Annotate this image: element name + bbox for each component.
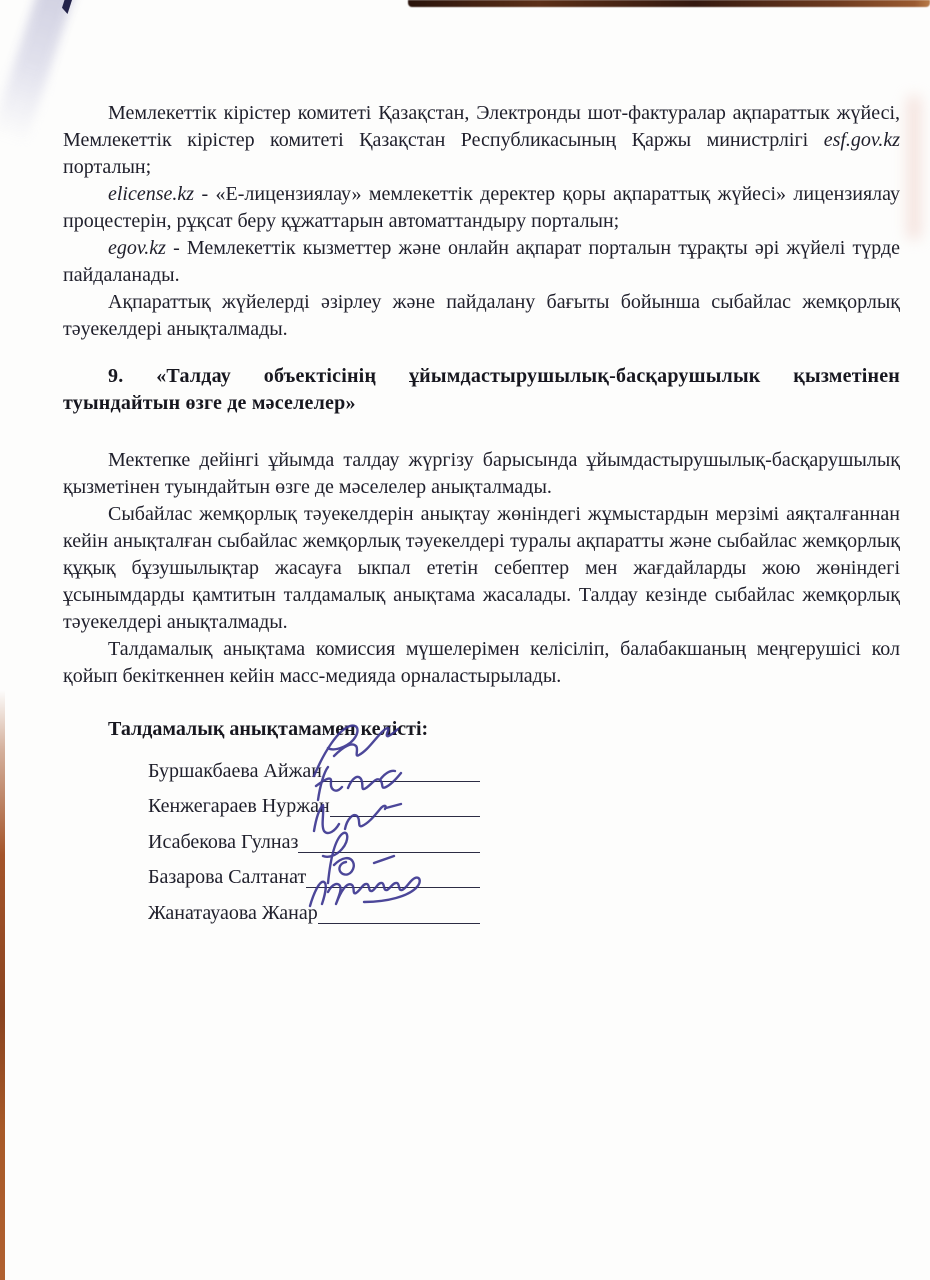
signature-row: Жанатауаова Жанар: [148, 892, 480, 928]
signatory-name: Кенжегараев Нуржан: [148, 793, 330, 821]
signature-line: [318, 922, 480, 924]
paragraph-commission-approval: Талдамалық анықтама комиссия мүшелерімен…: [63, 636, 900, 690]
signatory-name: Исабекова Гулназ: [148, 829, 298, 857]
signature-row: Исабекова Гулназ: [148, 821, 480, 857]
paragraph-text: порталын;: [63, 156, 151, 178]
signature-line: [306, 886, 480, 888]
paragraph-text: Мемлекеттік кірістер комитеті Қазақстан,…: [63, 102, 900, 151]
paragraph-risk-report: Сыбайлас жемқорлық тәуекелдерін анықтау …: [63, 501, 900, 636]
document-page: Мемлекеттік кірістер комитеті Қазақстан,…: [0, 0, 930, 928]
signature-block: Буршакбаева Айжан Кенжегараев Нуржан Иса…: [63, 750, 900, 928]
signature-row: Базарова Салтанат: [148, 857, 480, 893]
signatory-name: Буршакбаева Айжан: [148, 758, 322, 786]
signature-row: Буршакбаева Айжан: [148, 750, 480, 786]
paragraph-egov: egov.kz - Мемлекеттік кызметтер және онл…: [63, 235, 900, 289]
paragraph-it-systems-result: Ақпараттық жүйелерді әзірлеу және пайдал…: [63, 289, 900, 343]
signature-line: [330, 815, 480, 817]
signatory-name: Жанатауаова Жанар: [148, 900, 318, 928]
signature-line: [322, 780, 480, 782]
agreement-title: Талдамалық анықтамамен келісті:: [63, 716, 900, 743]
portal-name-egov: egov.kz: [108, 237, 166, 259]
paragraph-gov-portals: Мемлекеттік кірістер комитеті Қазақстан,…: [63, 100, 900, 181]
portal-name-esf: esf.gov.kz: [824, 129, 900, 151]
signature-row: Кенжегараев Нуржан: [148, 786, 480, 822]
portal-name-elicense: elicense.kz: [108, 183, 194, 205]
paragraph-elicense: elicense.kz - «Е-лицензиялау» мемлекетті…: [63, 181, 900, 235]
paragraph-preschool-analysis: Мектепке дейінгі ұйымда талдау жүргізу б…: [63, 447, 900, 501]
signature-line: [298, 851, 480, 853]
paragraph-text: - Мемлекеттік кызметтер және онлайн ақпа…: [63, 237, 900, 286]
signatory-name: Базарова Салтанат: [148, 864, 306, 892]
section-9-heading: 9. «Талдау объектісінің ұйымдастырушылық…: [63, 363, 900, 417]
